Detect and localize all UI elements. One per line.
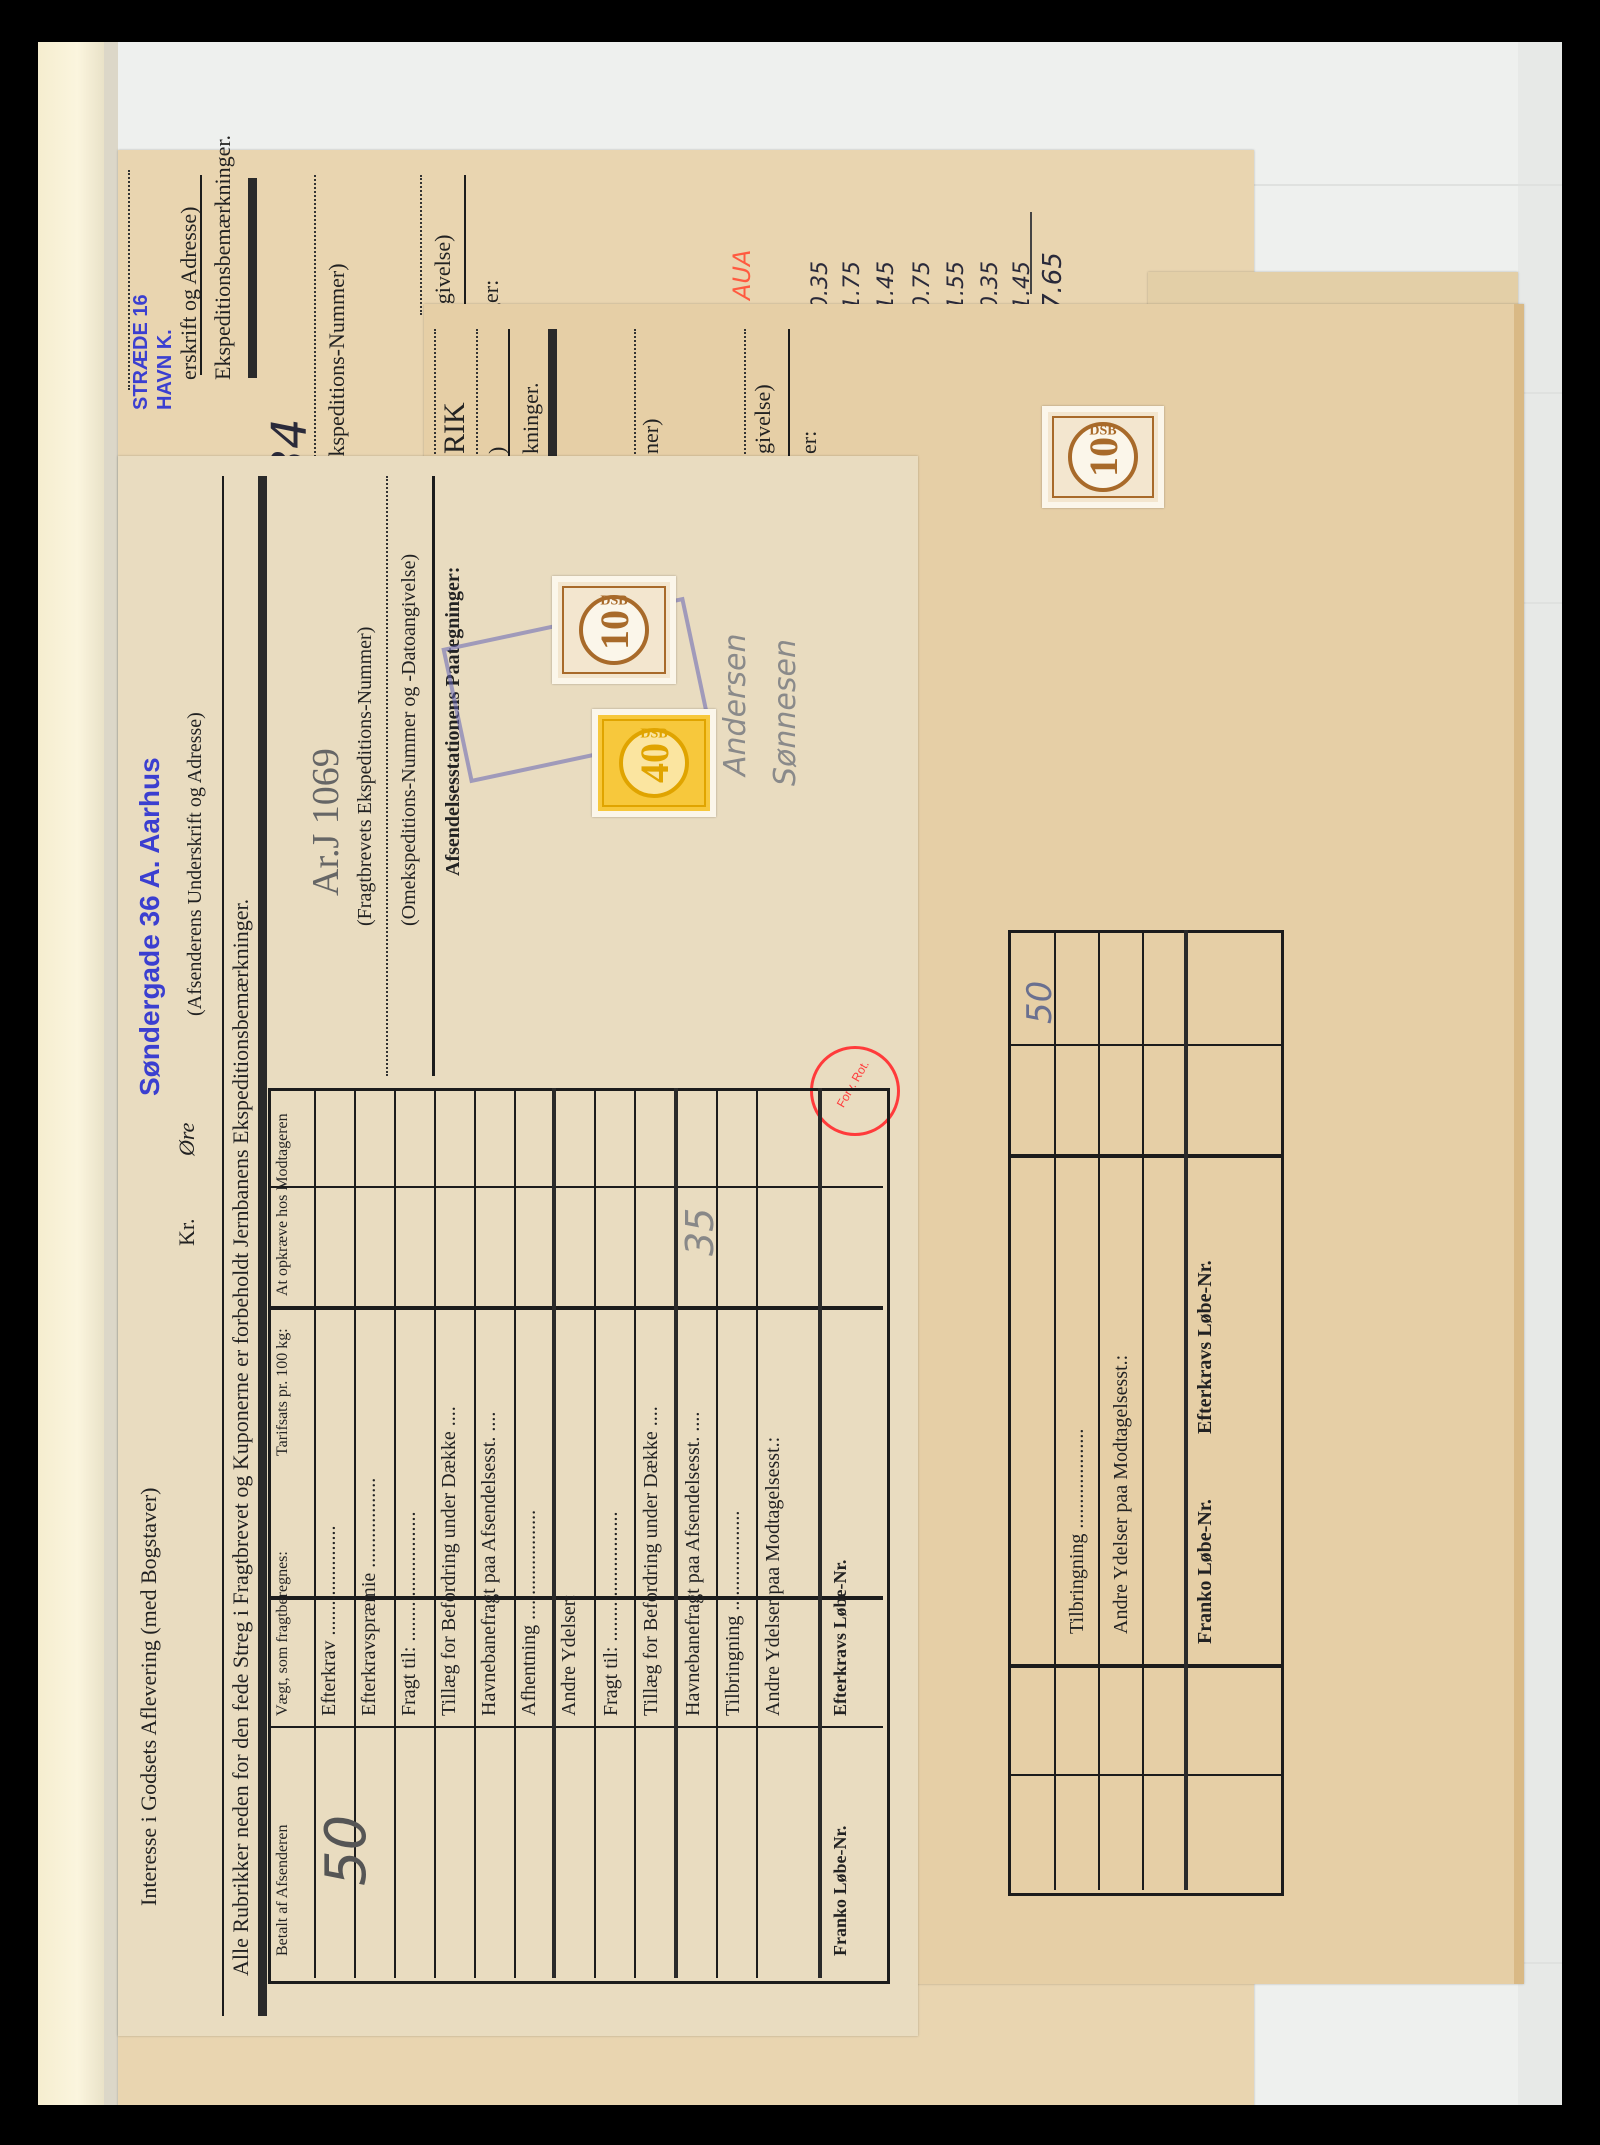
rule [1054, 930, 1056, 1890]
rule [434, 1088, 436, 1978]
footer-label: Efterkravs Løbe-Nr. [1194, 1260, 1217, 1434]
row-label: Tillæg for Befordring under Dække .... [438, 1406, 461, 1716]
row-label: Fragt til: .......................... [398, 1512, 421, 1716]
dotted-rule [434, 329, 436, 469]
row-label: Andre Ydelser: [558, 1594, 581, 1716]
charge-value: 0.35 [978, 261, 1003, 310]
rule [464, 175, 466, 320]
stamp-dsb-label: DSB [600, 594, 627, 610]
dotted-rule [634, 329, 636, 469]
col-weight-header: Vægt, som fragtberegnes: [274, 1551, 292, 1716]
label: ner) [638, 419, 664, 454]
red-crayon-note: AUA [728, 250, 756, 300]
col-tariff-header: Tarifsats pr. 100 kg: [274, 1328, 292, 1456]
album-edge [38, 42, 104, 2105]
rule [1098, 930, 1100, 1890]
col-paid-header: Betalt af Afsenderen [274, 1825, 292, 1957]
expedition-number: Ar.J 1069 [304, 748, 348, 896]
rule [594, 1088, 596, 1978]
row-label: Havnebanefragt paa Afsendelsesst. .... [682, 1412, 705, 1716]
pencil-note: Andersen [718, 634, 753, 776]
label: er: [796, 431, 822, 454]
row-label: Efterkravspræmie .................. [358, 1478, 381, 1716]
footer-franko: Franko Løbe-Nr. [830, 1826, 851, 1956]
col-collect-header: At opkræve hos Modtageren [274, 1113, 292, 1296]
label: Ekspeditionsbemærkninger. [210, 135, 236, 380]
charge-value: 1.75 [840, 261, 865, 310]
label: RIK [438, 402, 472, 454]
row-label: Efterkrav ...................... [318, 1525, 341, 1716]
label: givelse) [750, 384, 776, 454]
dotted-rule [314, 175, 316, 465]
re-expedition-caption: (Omekspeditions-Nummer og -Datoangivelse… [398, 554, 421, 926]
row-label: Andre Ydelser paa Modtagelsesst.: [1110, 1355, 1133, 1634]
rule [756, 1088, 758, 1978]
sum-line [1030, 212, 1032, 294]
address-stamp-line1: STRÆDE 16 [130, 294, 153, 410]
rule [788, 329, 790, 469]
rule [474, 1088, 476, 1978]
thick-rule [258, 476, 267, 2016]
label: erskrift og Adresse) [176, 206, 202, 380]
row-label: Tillæg for Befordring under Dække .... [640, 1406, 663, 1716]
rule [271, 1726, 883, 1728]
album-edge-shadow [104, 42, 118, 2105]
dotted-rule [420, 175, 422, 315]
thick-rule [1011, 1664, 1281, 1668]
value-declaration-label: Interesse i Godsets Aflevering (med Bogs… [136, 1488, 162, 1907]
parcel-stamp-40-ore: 40 DSB [592, 709, 716, 817]
thick-rule [548, 329, 557, 469]
stamp-dsb-label: DSB [640, 727, 667, 743]
thick-rule [552, 1088, 556, 1978]
charge-total: 7.65 [1038, 252, 1068, 310]
thick-rule [818, 1088, 822, 1978]
rule [514, 1088, 516, 1978]
ore-label: Øre [174, 1123, 200, 1156]
rule [200, 175, 202, 375]
front-freight-document: Interesse i Godsets Aflevering (med Bogs… [118, 456, 918, 2036]
rule [271, 1186, 883, 1188]
footer-label: Franko Løbe-Nr. [1194, 1499, 1217, 1644]
row-label: Afhentning ...................... [518, 1510, 541, 1716]
kr-label: Kr. [174, 1219, 200, 1247]
rule [1011, 1044, 1281, 1046]
photo-frame: STRÆDE 16 HAVN K. erskrift og Adresse) E… [38, 42, 1562, 2105]
rule [634, 1088, 636, 1978]
charge-value: 0.75 [910, 261, 935, 310]
rule [1011, 1774, 1281, 1776]
album-strip [1518, 42, 1562, 2105]
row-label: Tilbringning .................... [1066, 1429, 1089, 1634]
label: kninger. [518, 383, 544, 455]
thick-rule [1184, 930, 1188, 1890]
reserved-notice: Alle Rubrikker neden for den fede Streg … [228, 899, 254, 1976]
label: Ekspeditions-Nummer) [324, 263, 350, 470]
parcel-stamp-10-ore: 10 DSB [1042, 406, 1164, 508]
pencil-note: Sønnesen [768, 639, 803, 786]
charge-value: 1.55 [944, 261, 969, 310]
thick-rule [1011, 1154, 1281, 1158]
handwritten-value: 50 [1020, 981, 1060, 1024]
parcel-stamp-10-ore: 10 DSB [552, 576, 676, 684]
rule [432, 476, 435, 1076]
row-label: Fragt til: .......................... [600, 1512, 623, 1716]
row-label: Tilbringning .................... [722, 1511, 745, 1716]
row-label: Havnebanefragt paa Afsendelsesst. .... [478, 1412, 501, 1716]
thick-rule [271, 1306, 883, 1310]
rule [508, 329, 510, 469]
rule [1142, 930, 1144, 1890]
charge-value: 0.35 [808, 261, 833, 310]
thick-rule [248, 178, 257, 378]
charge-value: 1.45 [874, 261, 899, 310]
pencil-amount: 35 [678, 1208, 722, 1256]
dotted-rule [476, 329, 478, 469]
label: ) [484, 447, 510, 454]
dotted-rule [386, 476, 388, 1076]
address-stamp-line2: HAVN K. [154, 329, 177, 410]
rule [394, 1088, 396, 1978]
dotted-rule [744, 329, 746, 469]
stamp-dsb-label: DSB [1089, 424, 1116, 440]
rule [222, 476, 224, 2016]
footer-efterkrav: Efterkravs Løbe-Nr. [830, 1560, 851, 1716]
sender-stamp: Søndergade 36 A. Aarhus [134, 757, 166, 1096]
handwritten-paid-amount: 50 [314, 1815, 379, 1886]
middle-charges-table [1008, 930, 1284, 1896]
dotted-rule [128, 170, 130, 390]
sender-caption: (Afsenderens Underskrift og Adresse) [184, 712, 207, 1016]
row-label: Andre Ydelser paa Modtagelsesst.: [762, 1437, 785, 1716]
expedition-caption: (Fragtbrevets Ekspeditions-Nummer) [354, 627, 377, 926]
